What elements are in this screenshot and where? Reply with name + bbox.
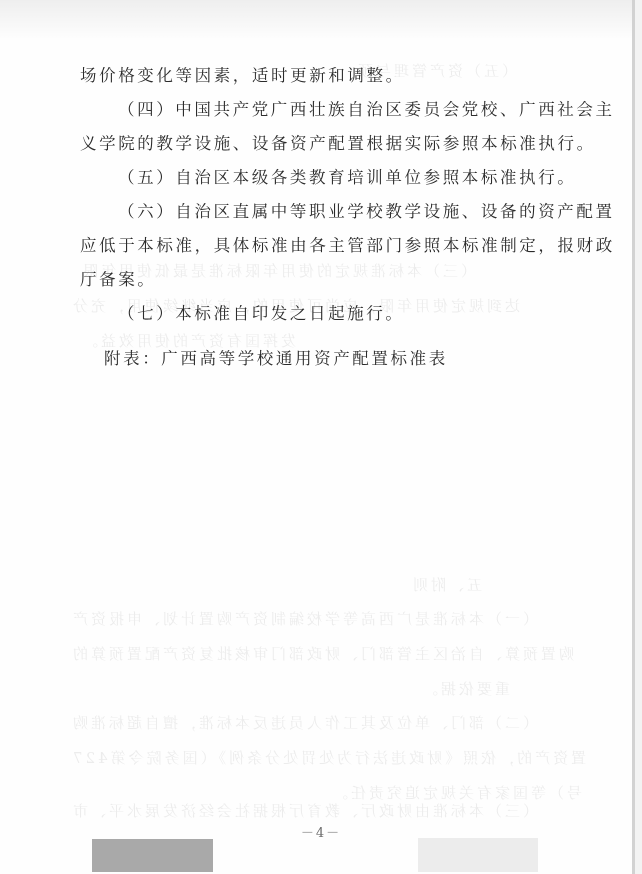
appendix-title: 附表：广西高等学校通用资产配置标准表 [104,345,448,369]
bleed-through-line: 购置预算、自治区主管部门、财政部门审核批复资产配置预算的 [70,643,574,664]
clause-five: （五）自治区本级各类教育培训单位参照本标准执行。 [118,164,576,188]
scan-shadow-top [0,0,632,40]
redaction-block [92,839,213,872]
bleed-through-line: 五、附则 [410,574,482,595]
bleed-through-line: （一）本标准是广西高等学校编制资产购置计划、申报资产 [70,608,538,629]
bleed-through-line: （二）部门、单位及其工作人员违反本标准，擅自超标准购 [70,712,538,733]
body-text-line: 义学院的教学设施、设备资产配置根据实际参照本标准执行。 [80,130,596,154]
scanned-page: （五）资产管理与预 （三）本标准规定的使用年限标准是最低使用年限 达到规定使用年… [0,0,642,874]
page-edge-margin [635,0,642,874]
clause-four: （四）中国共产党广西壮族自治区委员会党校、广西社会主 [118,96,615,120]
faded-stamp [418,838,538,872]
bleed-through-line: （三）本标准由财政厅、教育厅根据社会经济发展水平、市 [70,800,538,821]
body-text-line: 应低于本标准，具体标准由各主管部门参照本标准制定，报财政 [80,232,615,256]
clause-seven: （七）本标准自印发之日起施行。 [118,300,405,324]
bleed-through-line: 重要依据。 [420,678,510,699]
clause-six: （六）自治区直属中等职业学校教学设施、设备的资产配置 [118,198,615,222]
body-text-line: 厅备案。 [80,266,156,290]
bleed-through-line: 置资产的，依照《财政违法行为处罚处分条例》（国务院令第427 [70,747,586,768]
body-text-line: 场价格变化等因素，适时更新和调整。 [80,62,405,86]
